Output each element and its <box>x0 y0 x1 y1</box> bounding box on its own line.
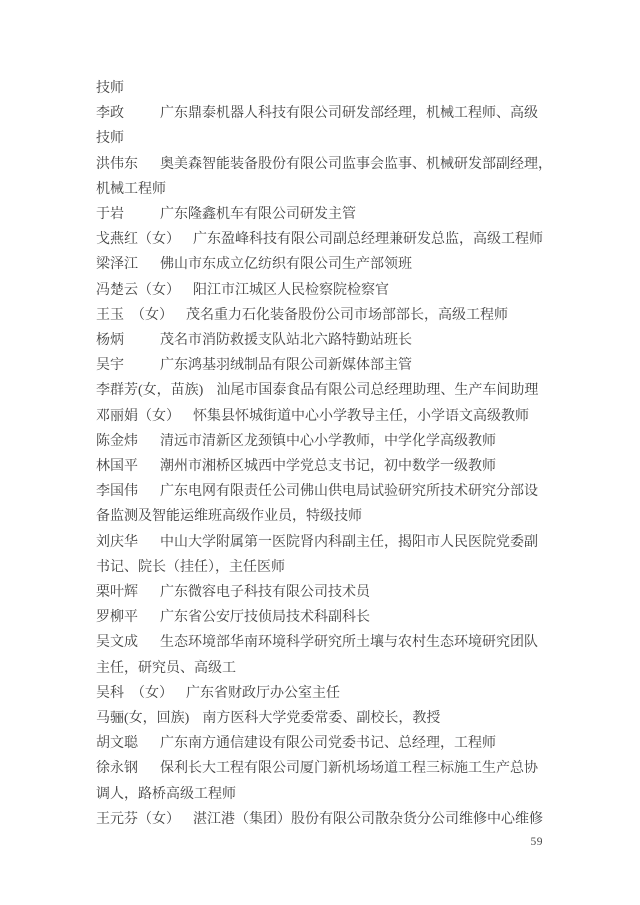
document-page: 技师 李政广东鼎泰机器人科技有限公司研发部经理，机械工程师、高级技师 洪伟东奥美… <box>0 0 640 905</box>
roster-entry: 王元芬（女）湛江港（集团）股份有限公司散杂货分公司维修中心维修 <box>96 807 566 832</box>
entry-description: 广东鸿基羽绒制品有限公司新媒体部主管 <box>160 358 412 373</box>
entry-name: 刘庆华 <box>96 530 160 555</box>
roster-entry: 洪伟东奥美森智能装备股份有限公司监事会监事、机械研发部副经理，机械工程师 <box>96 152 566 202</box>
entry-name: 邓丽娟（女） <box>96 404 193 429</box>
entry-description: 茂名市消防救援支队站北六路特勤站班长 <box>160 333 412 348</box>
roster-entry: 戈燕红（女）广东盈峰科技有限公司副总经理兼研发总监，高级工程师 <box>96 227 566 252</box>
page-number: 59 <box>531 836 544 848</box>
entry-name: 马骊(女，回族) <box>96 706 202 731</box>
entry-description: 奥美森智能装备股份有限公司监事会监事、机械研发部副经理，机械工程师 <box>96 157 552 197</box>
entry-name: 冯楚云（女） <box>96 278 193 303</box>
roster-entry: 刘庆华中山大学附属第一医院肾内科副主任，揭阳市人民医院党委副书记、院长（挂任），… <box>96 530 566 580</box>
entry-description: 阳江市江城区人民检察院检察官 <box>193 283 389 298</box>
roster-list: 技师 李政广东鼎泰机器人科技有限公司研发部经理，机械工程师、高级技师 洪伟东奥美… <box>96 76 566 832</box>
entry-description: 清远市清新区龙颈镇中心小学教师，中学化学高级教师 <box>160 434 496 449</box>
roster-entry: 罗柳平广东省公安厅技侦局技术科副科长 <box>96 605 566 630</box>
entry-description: 湛江港（集团）股份有限公司散杂货分公司维修中心维修 <box>193 812 543 827</box>
entry-name: 杨炳 <box>96 328 160 353</box>
entry-name: 李群芳(女，苗族) <box>96 378 216 403</box>
entry-description: 广东隆鑫机车有限公司研发主管 <box>160 207 356 222</box>
entry-description: 广东电网有限责任公司佛山供电局试验研究所技术研究分部设备监测及智能运维班高级作业… <box>96 484 538 524</box>
roster-entry: 胡文聪广东南方通信建设有限公司党委书记、总经理，工程师 <box>96 731 566 756</box>
entry-name: 王玉 （女） <box>96 303 186 328</box>
entry-name: 戈燕红（女） <box>96 227 193 252</box>
entry-description: 佛山市东成立亿纺织有限公司生产部领班 <box>160 257 412 272</box>
entry-name: 罗柳平 <box>96 605 160 630</box>
entry-description: 广东省公安厅技侦局技术科副科长 <box>160 610 370 625</box>
entry-description: 中山大学附属第一医院肾内科副主任，揭阳市人民医院党委副书记、院长（挂任），主任医… <box>96 535 538 575</box>
entry-name: 吴科 （女） <box>96 681 186 706</box>
roster-entry: 技师 <box>96 76 566 101</box>
roster-entry: 马骊(女，回族)南方医科大学党委常委、副校长，教授 <box>96 706 566 731</box>
entry-name: 徐永钢 <box>96 756 160 781</box>
entry-description: 广东盈峰科技有限公司副总经理兼研发总监，高级工程师 <box>193 232 543 247</box>
roster-entry: 王玉 （女）茂名重力石化装备股份公司市场部部长，高级工程师 <box>96 303 566 328</box>
roster-entry: 吴文成生态环境部华南环境科学研究所土壤与农村生态环境研究团队主任，研究员、高级工 <box>96 630 566 680</box>
entry-name: 陈金炜 <box>96 429 160 454</box>
entry-description: 技师 <box>96 81 124 96</box>
entry-description: 广东省财政厅办公室主任 <box>186 686 340 701</box>
roster-entry: 李国伟广东电网有限责任公司佛山供电局试验研究所技术研究分部设备监测及智能运维班高… <box>96 479 566 529</box>
roster-entry: 李政广东鼎泰机器人科技有限公司研发部经理，机械工程师、高级技师 <box>96 101 566 151</box>
entry-description: 广东南方通信建设有限公司党委书记、总经理，工程师 <box>160 736 496 751</box>
entry-name: 王元芬（女） <box>96 807 193 832</box>
roster-entry: 吴科 （女）广东省财政厅办公室主任 <box>96 681 566 706</box>
roster-entry: 于岩广东隆鑫机车有限公司研发主管 <box>96 202 566 227</box>
entry-name: 梁泽江 <box>96 252 160 277</box>
entry-name: 李政 <box>96 101 160 126</box>
entry-description: 怀集县怀城街道中心小学教导主任，小学语文高级教师 <box>193 409 529 424</box>
roster-entry: 冯楚云（女）阳江市江城区人民检察院检察官 <box>96 278 566 303</box>
roster-entry: 徐永钢保利长大工程有限公司厦门新机场场道工程三标施工生产总协调人，路桥高级工程师 <box>96 756 566 806</box>
entry-name: 吴宇 <box>96 353 160 378</box>
entry-name: 栗叶辉 <box>96 580 160 605</box>
entry-description: 汕尾市国泰食品有限公司总经理助理、生产车间助理 <box>216 383 538 398</box>
roster-entry: 陈金炜清远市清新区龙颈镇中心小学教师，中学化学高级教师 <box>96 429 566 454</box>
entry-name: 吴文成 <box>96 630 160 655</box>
roster-entry: 林国平潮州市湘桥区城西中学党总支书记，初中数学一级教师 <box>96 454 566 479</box>
roster-entry: 吴宇广东鸿基羽绒制品有限公司新媒体部主管 <box>96 353 566 378</box>
roster-entry: 邓丽娟（女）怀集县怀城街道中心小学教导主任，小学语文高级教师 <box>96 404 566 429</box>
entry-name: 洪伟东 <box>96 152 160 177</box>
entry-description: 潮州市湘桥区城西中学党总支书记，初中数学一级教师 <box>160 459 496 474</box>
roster-entry: 梁泽江佛山市东成立亿纺织有限公司生产部领班 <box>96 252 566 277</box>
roster-entry: 栗叶辉广东微容电子科技有限公司技术员 <box>96 580 566 605</box>
entry-description: 茂名重力石化装备股份公司市场部部长，高级工程师 <box>186 308 508 323</box>
entry-description: 保利长大工程有限公司厦门新机场场道工程三标施工生产总协调人，路桥高级工程师 <box>96 761 538 801</box>
roster-entry: 李群芳(女，苗族)汕尾市国泰食品有限公司总经理助理、生产车间助理 <box>96 378 566 403</box>
entry-description: 南方医科大学党委常委、副校长，教授 <box>202 711 440 726</box>
roster-entry: 杨炳茂名市消防救援支队站北六路特勤站班长 <box>96 328 566 353</box>
entry-name: 胡文聪 <box>96 731 160 756</box>
entry-description: 广东鼎泰机器人科技有限公司研发部经理，机械工程师、高级技师 <box>96 106 538 146</box>
entry-name: 于岩 <box>96 202 160 227</box>
entry-description: 广东微容电子科技有限公司技术员 <box>160 585 370 600</box>
entry-name: 李国伟 <box>96 479 160 504</box>
entry-name: 林国平 <box>96 454 160 479</box>
entry-description: 生态环境部华南环境科学研究所土壤与农村生态环境研究团队主任，研究员、高级工 <box>96 635 538 675</box>
